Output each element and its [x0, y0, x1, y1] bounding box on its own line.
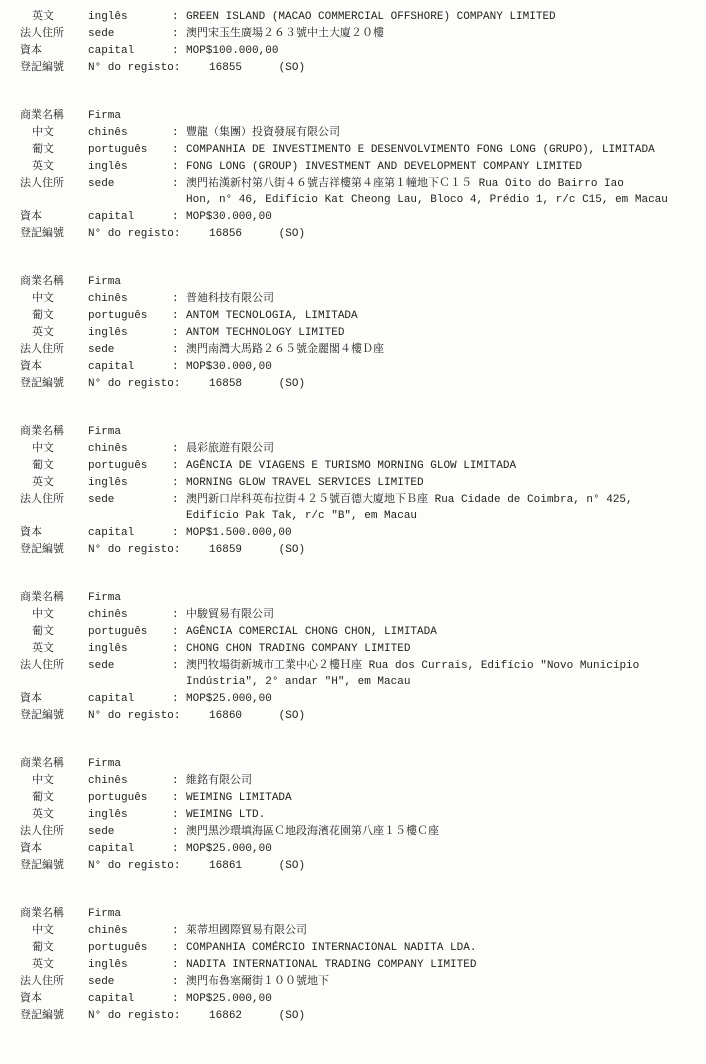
field-label-pt: português: [88, 458, 172, 474]
field-label-pt: inglês: [88, 325, 172, 341]
field-label-zh: 法人住所: [20, 824, 88, 840]
portuguese-name-value: WEIMING LIMITADA: [186, 790, 700, 806]
firma-header-row: 商業名稱 Firma: [20, 108, 700, 124]
field-label-pt: português: [88, 940, 172, 956]
field-label-pt: N° do registo:: [88, 860, 180, 872]
field-label-pt: capital: [88, 43, 172, 59]
colon: :: [172, 441, 186, 457]
field-label-pt: capital: [88, 359, 172, 375]
field-label-zh: 法人住所: [20, 974, 88, 990]
registration-number: 16860: [209, 710, 242, 722]
field-label-zh: 商業名稱: [20, 590, 88, 606]
capital-row: 資本 capital : MOP$30.000,00: [20, 359, 700, 375]
colon: :: [172, 308, 186, 324]
english-name-row: 英文 inglês : CHONG CHON TRADING COMPANY L…: [20, 641, 700, 657]
field-label-pt: chinês: [88, 441, 172, 457]
field-label-zh: 葡文: [20, 458, 88, 474]
field-label-pt: inglês: [88, 159, 172, 175]
field-label-pt: sede: [88, 342, 172, 358]
portuguese-name-row: 葡文 português : ANTOM TECNOLOGIA, LIMITAD…: [20, 308, 700, 324]
portuguese-name-value: COMPANHIA COMÉRCIO INTERNACIONAL NADITA …: [186, 940, 700, 956]
registration-suffix: (SO): [279, 228, 305, 240]
field-label-zh: 資本: [20, 209, 88, 225]
field-label-zh: 英文: [20, 957, 88, 973]
field-label-pt: inglês: [88, 9, 172, 25]
colon: :: [172, 142, 186, 158]
portuguese-name-row: 葡文 português : COMPANHIA DE INVESTIMENTO…: [20, 142, 700, 158]
seat-value-line1: 澳門祐漢新村第八街４６號吉祥樓第４座第１幢地下Ｃ１５ Rua Oito do B…: [186, 176, 700, 192]
english-name-value: GREEN ISLAND (MACAO COMMERCIAL OFFSHORE)…: [186, 9, 700, 25]
portuguese-name-value: COMPANHIA DE INVESTIMENTO E DESENVOLVIME…: [186, 142, 700, 158]
chinese-name-value: 普廸科技有限公司: [186, 291, 700, 307]
registration-suffix: (SO): [279, 378, 305, 390]
registration-number-cell: N° do registo: 16856 (SO): [88, 226, 700, 242]
colon: :: [172, 807, 186, 823]
capital-value: MOP$30.000,00: [186, 209, 700, 225]
gazette-registry-page: 英文 inglês : GREEN ISLAND (MACAO COMMERCI…: [0, 0, 706, 1064]
registration-suffix: (SO): [279, 1010, 305, 1022]
seat-value: 澳門牧場街新城市工業中心２樓Ｈ座 Rua dos Currais, Edifíc…: [186, 658, 700, 690]
colon: :: [172, 940, 186, 956]
seat-value-line1: 澳門南灣大馬路２６５號金麗閣４樓Ｄ座: [186, 342, 700, 358]
field-label-pt: inglês: [88, 475, 172, 491]
colon: :: [172, 658, 186, 690]
registration-number: 16859: [209, 544, 242, 556]
registration-number-row: 登記編號 N° do registo: 16861 (SO): [20, 858, 700, 874]
registration-number: 16856: [209, 228, 242, 240]
field-label-zh: 中文: [20, 773, 88, 789]
english-name-row: 英文 inglês : GREEN ISLAND (MACAO COMMERCI…: [20, 9, 700, 25]
seat-value-line1: 澳門黑沙環填海區Ｃ地段海濱花園第八座１５樓Ｃ座: [186, 824, 700, 840]
field-label-pt: capital: [88, 691, 172, 707]
portuguese-name-value: AGÊNCIA DE VIAGENS E TURISMO MORNING GLO…: [186, 458, 700, 474]
registry-record-16855-partial: 英文 inglês : GREEN ISLAND (MACAO COMMERCI…: [20, 9, 700, 76]
capital-row: 資本 capital : MOP$1.500.000,00: [20, 525, 700, 541]
field-label-pt: N° do registo:: [88, 378, 180, 390]
colon: :: [172, 9, 186, 25]
colon: :: [172, 342, 186, 358]
colon: :: [172, 125, 186, 141]
field-label-zh: 葡文: [20, 940, 88, 956]
capital-value: MOP$25.000,00: [186, 841, 700, 857]
field-label-pt: português: [88, 142, 172, 158]
field-label-zh: 中文: [20, 441, 88, 457]
field-label-zh: 中文: [20, 607, 88, 623]
english-name-row: 英文 inglês : MORNING GLOW TRAVEL SERVICES…: [20, 475, 700, 491]
firma-header-row: 商業名稱 Firma: [20, 424, 700, 440]
portuguese-name-row: 葡文 português : WEIMING LIMITADA: [20, 790, 700, 806]
field-label-zh: 葡文: [20, 624, 88, 640]
seat-value: 澳門宋玉生廣場２６３號中土大廈２０樓: [186, 26, 700, 42]
field-label-pt: Firma: [88, 756, 172, 772]
seat-row: 法人住所 sede : 澳門布魯塞爾街１００號地下: [20, 974, 700, 990]
field-label-zh: 法人住所: [20, 26, 88, 42]
seat-value-line1: 澳門新口岸科英布拉街４２５號百德大廈地下Ｂ座 Rua Cidade de Coi…: [186, 492, 700, 508]
field-label-zh: 商業名稱: [20, 756, 88, 772]
field-label-zh: 中文: [20, 291, 88, 307]
colon: :: [172, 325, 186, 341]
english-name-row: 英文 inglês : ANTOM TECHNOLOGY LIMITED: [20, 325, 700, 341]
colon: :: [172, 641, 186, 657]
english-name-value: NADITA INTERNATIONAL TRADING COMPANY LIM…: [186, 957, 700, 973]
capital-value: MOP$25.000,00: [186, 691, 700, 707]
seat-value-line1: 澳門牧場街新城市工業中心２樓Ｈ座 Rua dos Currais, Edifíc…: [186, 658, 700, 674]
seat-row: 法人住所 sede : 澳門宋玉生廣場２６３號中土大廈２０樓: [20, 26, 700, 42]
chinese-name-row: 中文 chinês : 維銘有限公司: [20, 773, 700, 789]
colon: :: [172, 492, 186, 524]
capital-row: 資本 capital : MOP$25.000,00: [20, 691, 700, 707]
field-label-zh: 登記編號: [20, 60, 88, 76]
field-label-pt: N° do registo:: [88, 710, 180, 722]
field-label-pt: chinês: [88, 125, 172, 141]
registry-record-16858: 商業名稱 Firma 中文 chinês : 普廸科技有限公司 葡文 portu…: [20, 274, 700, 392]
registration-number-cell: N° do registo: 16858 (SO): [88, 376, 700, 392]
seat-row: 法人住所 sede : 澳門祐漢新村第八街４６號吉祥樓第４座第１幢地下Ｃ１５ R…: [20, 176, 700, 208]
registration-number-cell: N° do registo: 16855 (SO): [88, 60, 700, 76]
registry-record-16861: 商業名稱 Firma 中文 chinês : 維銘有限公司 葡文 portugu…: [20, 756, 700, 874]
field-label-pt: N° do registo:: [88, 1010, 180, 1022]
field-label-pt: sede: [88, 176, 172, 208]
field-label-zh: 商業名稱: [20, 108, 88, 124]
field-label-pt: Firma: [88, 108, 172, 124]
chinese-name-row: 中文 chinês : 中駿貿易有限公司: [20, 607, 700, 623]
capital-row: 資本 capital : MOP$25.000,00: [20, 841, 700, 857]
colon: :: [172, 841, 186, 857]
field-label-pt: chinês: [88, 291, 172, 307]
registration-suffix: (SO): [279, 62, 305, 74]
field-label-zh: 資本: [20, 43, 88, 59]
field-label-pt: sede: [88, 492, 172, 524]
registration-number: 16861: [209, 860, 242, 872]
colon: :: [172, 176, 186, 208]
colon: :: [172, 824, 186, 840]
field-label-pt: sede: [88, 824, 172, 840]
field-label-pt: português: [88, 790, 172, 806]
registry-record-16859: 商業名稱 Firma 中文 chinês : 晨彩旅遊有限公司 葡文 portu…: [20, 424, 700, 558]
colon: :: [172, 957, 186, 973]
seat-value: 澳門黑沙環填海區Ｃ地段海濱花園第八座１５樓Ｃ座: [186, 824, 700, 840]
field-label-pt: N° do registo:: [88, 62, 180, 74]
field-label-zh: 葡文: [20, 142, 88, 158]
registry-record-16862: 商業名稱 Firma 中文 chinês : 萊蒂坦國際貿易有限公司 葡文 po…: [20, 906, 700, 1024]
registry-record-16860: 商業名稱 Firma 中文 chinês : 中駿貿易有限公司 葡文 portu…: [20, 590, 700, 724]
colon: :: [172, 475, 186, 491]
field-label-pt: inglês: [88, 807, 172, 823]
field-label-zh: 葡文: [20, 308, 88, 324]
field-label-pt: chinês: [88, 923, 172, 939]
registration-number-row: 登記編號 N° do registo: 16858 (SO): [20, 376, 700, 392]
field-label-pt: N° do registo:: [88, 228, 180, 240]
seat-row: 法人住所 sede : 澳門南灣大馬路２６５號金麗閣４樓Ｄ座: [20, 342, 700, 358]
registration-suffix: (SO): [279, 860, 305, 872]
field-label-zh: 資本: [20, 841, 88, 857]
capital-row: 資本 capital : MOP$100.000,00: [20, 43, 700, 59]
colon: :: [172, 43, 186, 59]
portuguese-name-row: 葡文 português : AGÊNCIA DE VIAGENS E TURI…: [20, 458, 700, 474]
portuguese-name-row: 葡文 português : AGÊNCIA COMERCIAL CHONG C…: [20, 624, 700, 640]
colon: :: [172, 691, 186, 707]
field-label-zh: 資本: [20, 691, 88, 707]
field-label-pt: sede: [88, 26, 172, 42]
field-label-pt: sede: [88, 658, 172, 690]
field-label-pt: Firma: [88, 424, 172, 440]
seat-value: 澳門祐漢新村第八街４６號吉祥樓第４座第１幢地下Ｃ１５ Rua Oito do B…: [186, 176, 700, 208]
colon: :: [172, 607, 186, 623]
seat-value: 澳門布魯塞爾街１００號地下: [186, 974, 700, 990]
seat-value-line2: Indústria", 2° andar "H", em Macau: [186, 674, 700, 690]
colon: :: [172, 359, 186, 375]
field-label-pt: inglês: [88, 641, 172, 657]
field-label-pt: Firma: [88, 274, 172, 290]
field-label-zh: 登記編號: [20, 708, 88, 724]
capital-value: MOP$25.000,00: [186, 991, 700, 1007]
field-label-zh: 資本: [20, 991, 88, 1007]
english-name-row: 英文 inglês : WEIMING LTD.: [20, 807, 700, 823]
firma-header-row: 商業名稱 Firma: [20, 756, 700, 772]
field-label-pt: português: [88, 308, 172, 324]
colon: :: [172, 458, 186, 474]
chinese-name-value: 豐龍（集團）投資發展有限公司: [186, 125, 700, 141]
colon: :: [172, 209, 186, 225]
field-label-zh: 登記編號: [20, 1008, 88, 1024]
field-label-zh: 資本: [20, 359, 88, 375]
seat-row: 法人住所 sede : 澳門黑沙環填海區Ｃ地段海濱花園第八座１５樓Ｃ座: [20, 824, 700, 840]
seat-row: 法人住所 sede : 澳門牧場街新城市工業中心２樓Ｈ座 Rua dos Cur…: [20, 658, 700, 690]
field-label-zh: 英文: [20, 475, 88, 491]
field-label-zh: 中文: [20, 923, 88, 939]
field-label-zh: 登記編號: [20, 226, 88, 242]
field-label-zh: 商業名稱: [20, 906, 88, 922]
field-label-zh: 英文: [20, 9, 88, 25]
colon: :: [172, 291, 186, 307]
english-name-value: ANTOM TECHNOLOGY LIMITED: [186, 325, 700, 341]
field-label-zh: 法人住所: [20, 492, 88, 524]
english-name-row: 英文 inglês : NADITA INTERNATIONAL TRADING…: [20, 957, 700, 973]
colon: :: [172, 790, 186, 806]
field-label-pt: capital: [88, 525, 172, 541]
field-label-zh: 法人住所: [20, 342, 88, 358]
field-label-pt: inglês: [88, 957, 172, 973]
english-name-value: MORNING GLOW TRAVEL SERVICES LIMITED: [186, 475, 700, 491]
colon: :: [172, 624, 186, 640]
registration-number-row: 登記編號 N° do registo: 16855 (SO): [20, 60, 700, 76]
field-label-pt: capital: [88, 991, 172, 1007]
field-label-pt: Firma: [88, 590, 172, 606]
field-label-pt: chinês: [88, 773, 172, 789]
firma-header-row: 商業名稱 Firma: [20, 590, 700, 606]
field-label-zh: 登記編號: [20, 858, 88, 874]
chinese-name-value: 維銘有限公司: [186, 773, 700, 789]
registration-number-row: 登記編號 N° do registo: 16862 (SO): [20, 1008, 700, 1024]
registration-number-row: 登記編號 N° do registo: 16860 (SO): [20, 708, 700, 724]
field-label-zh: 英文: [20, 159, 88, 175]
colon: :: [172, 26, 186, 42]
registration-number-cell: N° do registo: 16859 (SO): [88, 542, 700, 558]
field-label-zh: 中文: [20, 125, 88, 141]
firma-header-row: 商業名稱 Firma: [20, 906, 700, 922]
registration-number: 16858: [209, 378, 242, 390]
field-label-zh: 葡文: [20, 790, 88, 806]
field-label-zh: 法人住所: [20, 658, 88, 690]
english-name-row: 英文 inglês : FONG LONG (GROUP) INVESTMENT…: [20, 159, 700, 175]
field-label-zh: 資本: [20, 525, 88, 541]
registration-number-cell: N° do registo: 16861 (SO): [88, 858, 700, 874]
chinese-name-value: 萊蒂坦國際貿易有限公司: [186, 923, 700, 939]
field-label-zh: 法人住所: [20, 176, 88, 208]
chinese-name-row: 中文 chinês : 晨彩旅遊有限公司: [20, 441, 700, 457]
field-label-pt: N° do registo:: [88, 544, 180, 556]
portuguese-name-row: 葡文 português : COMPANHIA COMÉRCIO INTERN…: [20, 940, 700, 956]
registration-number-cell: N° do registo: 16860 (SO): [88, 708, 700, 724]
seat-value: 澳門新口岸科英布拉街４２５號百德大廈地下Ｂ座 Rua Cidade de Coi…: [186, 492, 700, 524]
colon: :: [172, 159, 186, 175]
chinese-name-row: 中文 chinês : 萊蒂坦國際貿易有限公司: [20, 923, 700, 939]
field-label-pt: Firma: [88, 906, 172, 922]
field-label-zh: 登記編號: [20, 542, 88, 558]
chinese-name-row: 中文 chinês : 豐龍（集團）投資發展有限公司: [20, 125, 700, 141]
registration-number-row: 登記編號 N° do registo: 16856 (SO): [20, 226, 700, 242]
field-label-zh: 英文: [20, 807, 88, 823]
colon: :: [172, 773, 186, 789]
registry-record-16856: 商業名稱 Firma 中文 chinês : 豐龍（集團）投資發展有限公司 葡文…: [20, 108, 700, 242]
chinese-name-value: 晨彩旅遊有限公司: [186, 441, 700, 457]
seat-value-line1: 澳門宋玉生廣場２６３號中土大廈２０樓: [186, 26, 700, 42]
registration-suffix: (SO): [279, 710, 305, 722]
registration-number: 16862: [209, 1010, 242, 1022]
registration-number: 16855: [209, 62, 242, 74]
colon: :: [172, 923, 186, 939]
field-label-zh: 英文: [20, 641, 88, 657]
registration-number-cell: N° do registo: 16862 (SO): [88, 1008, 700, 1024]
portuguese-name-value: AGÊNCIA COMERCIAL CHONG CHON, LIMITADA: [186, 624, 700, 640]
field-label-pt: português: [88, 624, 172, 640]
portuguese-name-value: ANTOM TECNOLOGIA, LIMITADA: [186, 308, 700, 324]
field-label-pt: chinês: [88, 607, 172, 623]
capital-row: 資本 capital : MOP$25.000,00: [20, 991, 700, 1007]
colon: :: [172, 991, 186, 1007]
capital-value: MOP$1.500.000,00: [186, 525, 700, 541]
english-name-value: FONG LONG (GROUP) INVESTMENT AND DEVELOP…: [186, 159, 700, 175]
seat-value-line2: Edifício Pak Tak, r/c "B", em Macau: [186, 508, 700, 524]
field-label-zh: 登記編號: [20, 376, 88, 392]
english-name-value: CHONG CHON TRADING COMPANY LIMITED: [186, 641, 700, 657]
seat-row: 法人住所 sede : 澳門新口岸科英布拉街４２５號百德大廈地下Ｂ座 Rua C…: [20, 492, 700, 524]
capital-value: MOP$100.000,00: [186, 43, 700, 59]
field-label-zh: 商業名稱: [20, 424, 88, 440]
registration-suffix: (SO): [279, 544, 305, 556]
field-label-zh: 商業名稱: [20, 274, 88, 290]
registration-number-row: 登記編號 N° do registo: 16859 (SO): [20, 542, 700, 558]
field-label-pt: capital: [88, 841, 172, 857]
capital-row: 資本 capital : MOP$30.000,00: [20, 209, 700, 225]
chinese-name-value: 中駿貿易有限公司: [186, 607, 700, 623]
seat-value: 澳門南灣大馬路２６５號金麗閣４樓Ｄ座: [186, 342, 700, 358]
firma-header-row: 商業名稱 Firma: [20, 274, 700, 290]
seat-value-line2: Hon, n° 46, Edifício Kat Cheong Lau, Blo…: [186, 192, 700, 208]
seat-value-line1: 澳門布魯塞爾街１００號地下: [186, 974, 700, 990]
chinese-name-row: 中文 chinês : 普廸科技有限公司: [20, 291, 700, 307]
colon: :: [172, 974, 186, 990]
field-label-pt: sede: [88, 974, 172, 990]
colon: :: [172, 525, 186, 541]
field-label-zh: 英文: [20, 325, 88, 341]
field-label-pt: capital: [88, 209, 172, 225]
english-name-value: WEIMING LTD.: [186, 807, 700, 823]
capital-value: MOP$30.000,00: [186, 359, 700, 375]
